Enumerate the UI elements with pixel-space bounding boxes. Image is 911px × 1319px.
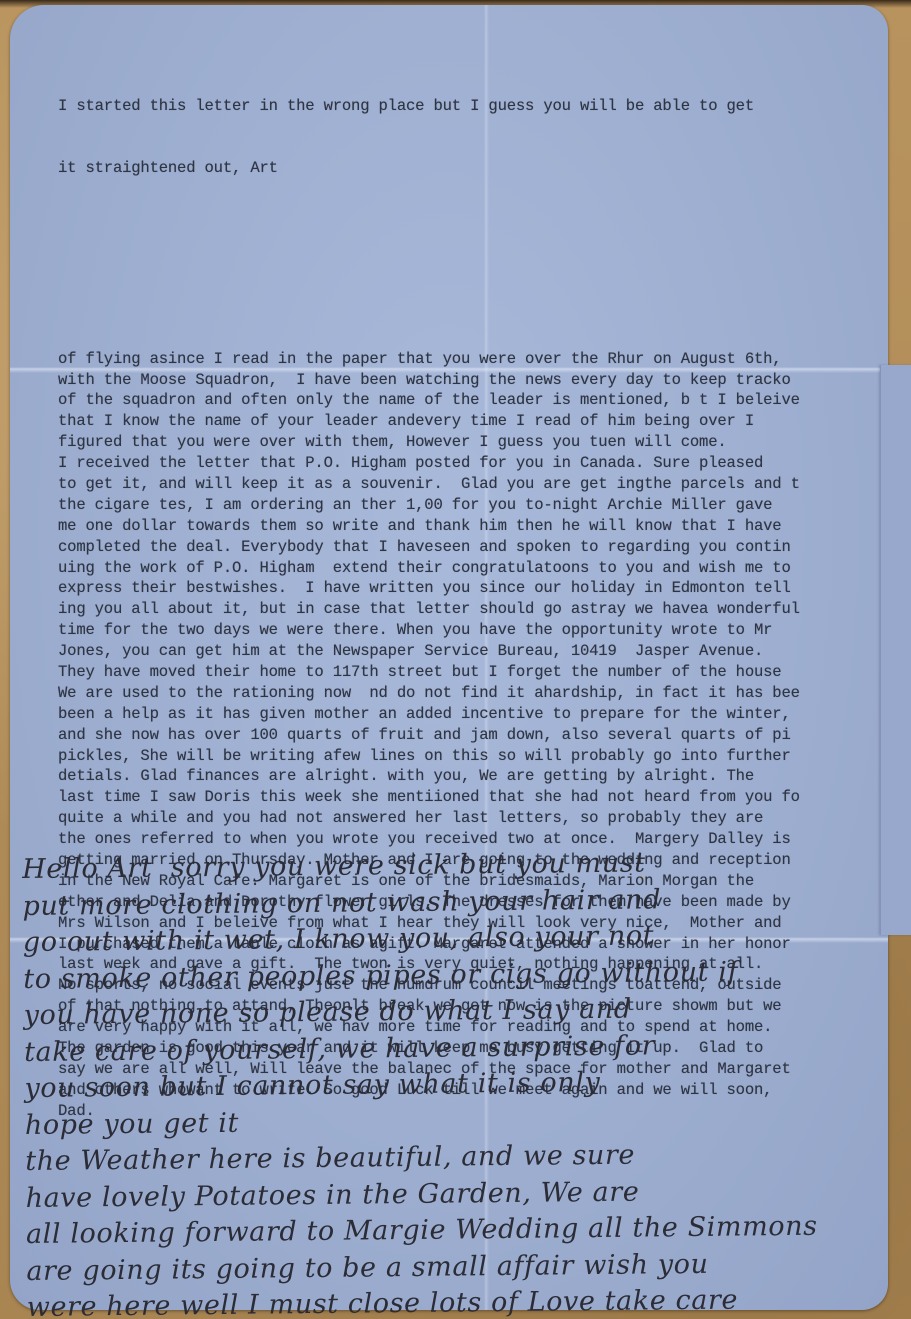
typed-line: uing the work of P.O. Higham extend thei… [58,558,898,579]
typed-line: last time I saw Doris this week she ment… [58,787,898,808]
typed-line: to get it, and will keep it as a souveni… [58,474,898,495]
typed-line: quite a while and you had not answered h… [58,808,898,829]
header-note-line: it straightened out, Art [58,158,898,179]
typed-line: of the squadron and often only the name … [58,390,898,411]
typed-line: me one dollar towards them so write and … [58,516,898,537]
handwritten-postscript: Hello Art sorry you were sick but you mu… [22,843,907,1319]
typed-line: They have moved their home to 117th stre… [58,662,898,683]
typed-line: detials. Glad finances are alright. with… [58,766,898,787]
typed-line: express their bestwishes. I have written… [58,578,898,599]
header-note: I started this letter in the wrong place… [58,54,898,221]
typed-line: ing you all about it, but in case that l… [58,599,898,620]
typed-line: figured that you were over with them, Ho… [58,432,898,453]
typed-line: been a help as it has given mother an ad… [58,704,898,725]
typed-line: of flying asince I read in the paper tha… [58,349,898,370]
typed-line: Jones, you can get him at the Newspaper … [58,641,898,662]
typed-line: and she now has over 100 quarts of fruit… [58,725,898,746]
typed-line: the cigare tes, I am ordering an ther 1,… [58,495,898,516]
typed-line: We are used to the rationing now nd do n… [58,683,898,704]
header-note-line: I started this letter in the wrong place… [58,96,898,117]
typed-line: with the Moose Squadron, I have been wat… [58,370,898,391]
typed-line: time for the two days we were there. Whe… [58,620,898,641]
typed-line: that I know the name of your leader ande… [58,411,898,432]
typed-line: pickles, She will be writing afew lines … [58,746,898,767]
typed-line: completed the deal. Everybody that I hav… [58,537,898,558]
typed-line: I received the letter that P.O. Higham p… [58,453,898,474]
